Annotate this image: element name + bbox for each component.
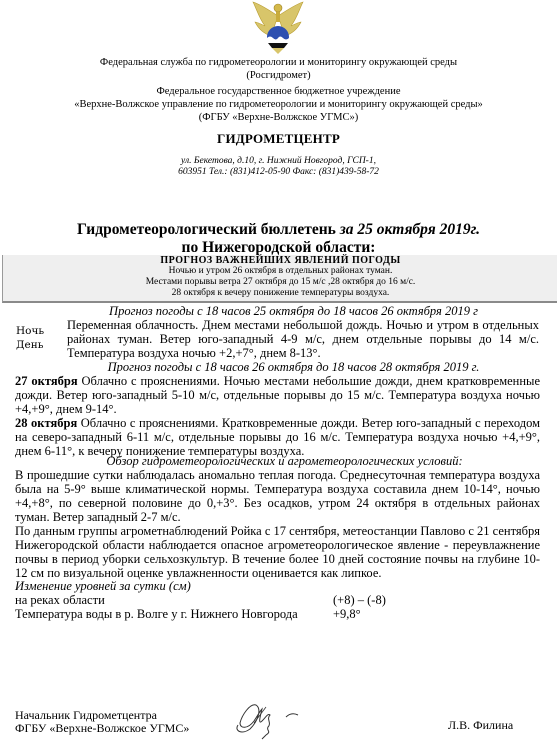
forecast-day-27-text: Облачно с прояснениями. Ночью местами не… — [15, 374, 540, 416]
center-address: ул. Бекетова, д.10, г. Нижний Новгород, … — [0, 156, 557, 178]
address-line-2: 603951 Тел.: (831)412-05-90 Факс: (831)4… — [0, 167, 557, 178]
forecast-period-2: Прогноз погоды с 18 часов 26 октября до … — [0, 360, 557, 374]
institution-name: Федеральное государственное бюджетное уч… — [0, 85, 557, 124]
forecast-day-28-date: 28 октября — [15, 416, 77, 430]
bulletin-date: за 25 октября 2019г. — [340, 221, 480, 238]
levels-row-rivers: на реках области (+8) – (-8) — [15, 593, 105, 607]
institution-line-2: «Верхне-Волжское управление по гидромете… — [0, 98, 557, 111]
review-title: Обзор гидрометеорологических и агрометео… — [0, 454, 557, 468]
levels-title: Изменение уровней за сутки (см) — [15, 579, 191, 593]
hazard-line: Ночью и утром 26 октября в отдельных рай… — [3, 266, 557, 277]
center-name: ГИДРОМЕТЦЕНТР — [0, 131, 557, 147]
hazard-warning-box: ПРОГНОЗ ВАЖНЕЙШИХ ЯВЛЕНИЙ ПОГОДЫ Ночью и… — [2, 255, 557, 303]
forecast-day-28-text: Облачно с прояснениями. Кратковременные … — [15, 416, 540, 458]
forecast-period-1: Прогноз погоды с 18 часов 25 октября до … — [0, 304, 557, 318]
levels-row-label: на реках области — [15, 593, 105, 607]
agency-name: Федеральная служба по гидрометеорологии … — [0, 56, 557, 82]
label-night: Ночь — [16, 324, 44, 338]
handwritten-signature-icon — [232, 695, 312, 740]
forecast-day-27: 27 октября Облачно с прояснениями. Ночью… — [15, 374, 540, 416]
levels-row-value: (+8) – (-8) — [333, 593, 386, 607]
levels-row-value: +9,8° — [333, 607, 361, 621]
levels-row-water-temp: Температура воды в р. Волге у г. Нижнего… — [15, 607, 298, 621]
forecast-day-27-date: 27 октября — [15, 374, 78, 388]
bulletin-title-text: Гидрометеорологический бюллетень — [77, 221, 336, 238]
signer-name: Л.В. Филина — [448, 719, 513, 732]
agency-line-1: Федеральная служба по гидрометеорологии … — [0, 56, 557, 69]
agency-line-2: (Росгидромет) — [0, 69, 557, 82]
bulletin-title-line: Гидрометеорологический бюллетень за 25 о… — [0, 221, 557, 239]
institution-line-1: Федеральное государственное бюджетное уч… — [0, 85, 557, 98]
forecast-day-28: 28 октября Облачно с прояснениями. Кратк… — [15, 416, 540, 458]
levels-row-label: Температура воды в р. Волге у г. Нижнего… — [15, 607, 298, 621]
hazard-line: 28 октября к вечеру понижение температур… — [3, 288, 557, 299]
address-line-1: ул. Бекетова, д.10, г. Нижний Новгород, … — [0, 156, 557, 167]
hazard-line: Местами порывы ветра 27 октября до 15 м/… — [3, 277, 557, 288]
review-paragraph-2: По данным группы агрометнаблюдений Ройка… — [15, 524, 540, 580]
bulletin-title: Гидрометеорологический бюллетень за 25 о… — [0, 221, 557, 257]
forecast-1-text: Переменная облачность. Днем местами небо… — [67, 318, 539, 360]
hazard-title: ПРОГНОЗ ВАЖНЕЙШИХ ЯВЛЕНИЙ ПОГОДЫ — [3, 255, 557, 266]
signer-position-line-2: ФГБУ «Верхне-Волжское УГМС» — [15, 722, 189, 735]
institution-line-3: (ФГБУ «Верхне-Волжское УГМС») — [0, 111, 557, 124]
review-paragraph-1: В прошедшие сутки наблюдалась аномально … — [15, 468, 540, 524]
label-day: День — [16, 338, 44, 352]
roshydromet-emblem-icon — [251, 0, 305, 56]
night-day-labels: Ночь День — [16, 324, 44, 352]
signer-position: Начальник Гидрометцентра ФГБУ «Верхне-Во… — [15, 709, 189, 735]
